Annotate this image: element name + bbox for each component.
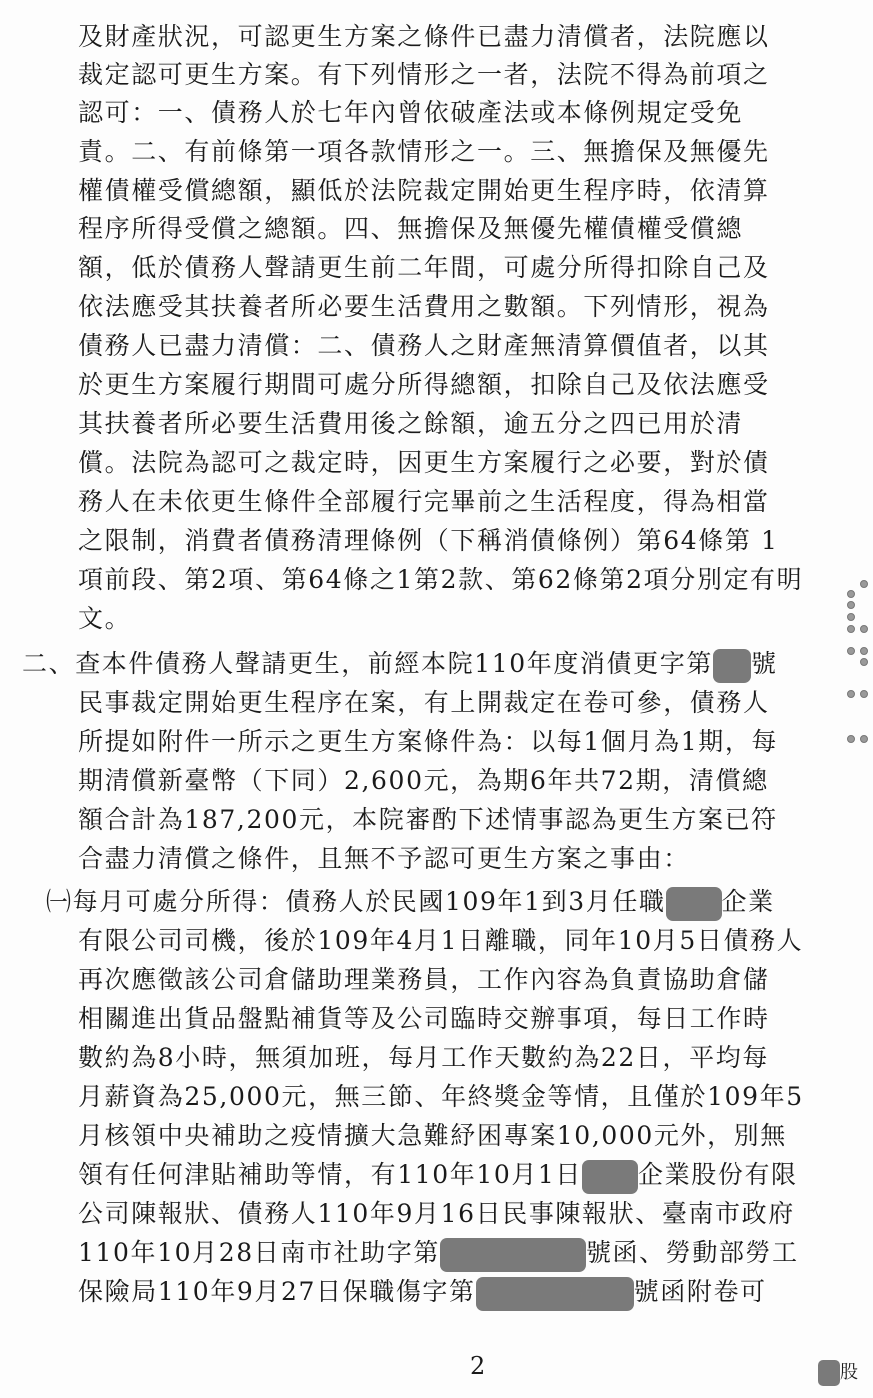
text-segment: 110年10月28日南市社助字第	[78, 1238, 440, 1267]
text-line: 裁定認可更生方案。有下列情形之一者，法院不得為前項之	[78, 56, 823, 94]
text-line: 債務人已盡力清償：二、債務人之財產無清算價值者，以其	[78, 327, 823, 365]
text-line: 於更生方案履行期間可處分所得總額，扣除自己及依法應受	[78, 366, 823, 404]
text-line: 依法應受其扶養者所必要生活費用之數額。下列情形，視為	[78, 288, 823, 326]
binding-hole	[860, 647, 868, 655]
text-segment: 查本件債務人聲請更生，前經本院110年度消債更字第	[75, 649, 713, 678]
footer-mark: 股	[818, 1358, 858, 1386]
text-line: 文。	[78, 600, 823, 638]
text-line: 數約為8小時，無須加班，每月工作天數約為22日，平均每	[78, 1039, 823, 1077]
footer-mark-text: 股	[840, 1362, 858, 1383]
redaction-box	[713, 649, 751, 683]
redaction-box	[440, 1238, 586, 1272]
text-line: 110年10月28日南市社助字第號函、勞動部勞工	[78, 1234, 823, 1272]
section-marker: 二、	[22, 649, 75, 678]
text-line: 項前段、第2項、第64條之1第2款、第62條第2項分別定有明	[78, 561, 823, 599]
text-line: 權債權受償總額，顯低於法院裁定開始更生程序時，依清算	[78, 172, 823, 210]
binding-hole	[860, 690, 868, 698]
text-line: 責。二、有前條第一項各款情形之一。三、無擔保及無優先	[78, 133, 823, 171]
text-segment: 保險局110年9月27日保職傷字第	[78, 1277, 476, 1306]
subsection-marker: ㈠	[46, 887, 73, 916]
text-line: 保險局110年9月27日保職傷字第號函附卷可	[78, 1273, 823, 1311]
section-2-first-line: 二、查本件債務人聲請更生，前經本院110年度消債更字第號	[22, 645, 822, 683]
binding-hole	[860, 625, 868, 633]
page-number: 2	[470, 1352, 485, 1380]
text-line: 領有任何津貼補助等情，有110年10月1日企業股份有限	[78, 1156, 823, 1194]
binding-hole	[847, 690, 855, 698]
text-line: 務人在未依更生條件全部履行完畢前之生活程度，得為相當	[78, 483, 823, 521]
text-line: 之限制，消費者債務清理條例（下稱消債條例）第64條第 1	[78, 522, 823, 560]
text-segment: 號	[751, 649, 778, 678]
text-segment: 每月可處分所得：債務人於民國109年1到3月任職	[73, 887, 666, 916]
text-line: 期清償新臺幣（下同）2,600元，為期6年共72期，清償總	[78, 762, 823, 800]
text-segment: 號函附卷可	[634, 1277, 767, 1306]
text-segment: 領有任何津貼補助等情，有110年10月1日	[78, 1160, 582, 1189]
binding-hole	[847, 601, 855, 609]
text-line: 月薪資為25,000元，無三節、年終獎金等情，且僅於109年5	[78, 1078, 823, 1116]
redaction-box	[666, 887, 722, 921]
text-line: 再次應徵該公司倉儲助理業務員，工作內容為負責協助倉儲	[78, 961, 823, 999]
text-line: 認可：一、債務人於七年內曾依破產法或本條例規定受免	[78, 94, 823, 132]
text-line: 公司陳報狀、債務人110年9月16日民事陳報狀、臺南市政府	[78, 1195, 823, 1233]
redaction-box	[476, 1277, 634, 1311]
text-line: 額合計為187,200元，本院審酌下述情事認為更生方案已符	[78, 801, 823, 839]
text-line: 民事裁定開始更生程序在案，有上開裁定在卷可參，債務人	[78, 684, 823, 722]
binding-hole	[860, 735, 868, 743]
text-line: 相關進出貨品盤點補貨等及公司臨時交辦事項，每日工作時	[78, 1000, 823, 1038]
text-line: 程序所得受償之總額。四、無擔保及無優先權債權受償總	[78, 210, 823, 248]
text-segment: 企業股份有限	[638, 1160, 798, 1189]
binding-hole	[847, 625, 855, 633]
text-segment: 號函、勞動部勞工	[586, 1238, 799, 1267]
redaction-box	[818, 1360, 840, 1386]
text-line: 月核領中央補助之疫情擴大急難紓困專案10,000元外，別無	[78, 1117, 823, 1155]
binding-hole	[860, 658, 868, 666]
redaction-box	[582, 1160, 638, 1194]
binding-hole	[847, 613, 855, 621]
text-line: 合盡力清償之條件，且無不予認可更生方案之事由：	[78, 840, 823, 878]
text-line: 其扶養者所必要生活費用後之餘額，逾五分之四已用於清	[78, 405, 823, 443]
subsection-1-first-line: ㈠每月可處分所得：債務人於民國109年1到3月任職企業	[46, 883, 826, 921]
text-line: 所提如附件一所示之更生方案條件為：以每1個月為1期，每	[78, 723, 823, 761]
text-line: 償。法院為認可之裁定時，因更生方案履行之必要，對於債	[78, 444, 823, 482]
binding-hole	[860, 580, 868, 588]
binding-hole	[847, 647, 855, 655]
binding-hole	[847, 590, 855, 598]
text-line: 額，低於債務人聲請更生前二年間，可處分所得扣除自己及	[78, 249, 823, 287]
text-line: 有限公司司機，後於109年4月1日離職，同年10月5日債務人	[78, 922, 823, 960]
text-segment: 企業	[722, 887, 775, 916]
text-line: 及財產狀況，可認更生方案之條件已盡力清償者，法院應以	[78, 18, 823, 56]
binding-hole	[847, 735, 855, 743]
